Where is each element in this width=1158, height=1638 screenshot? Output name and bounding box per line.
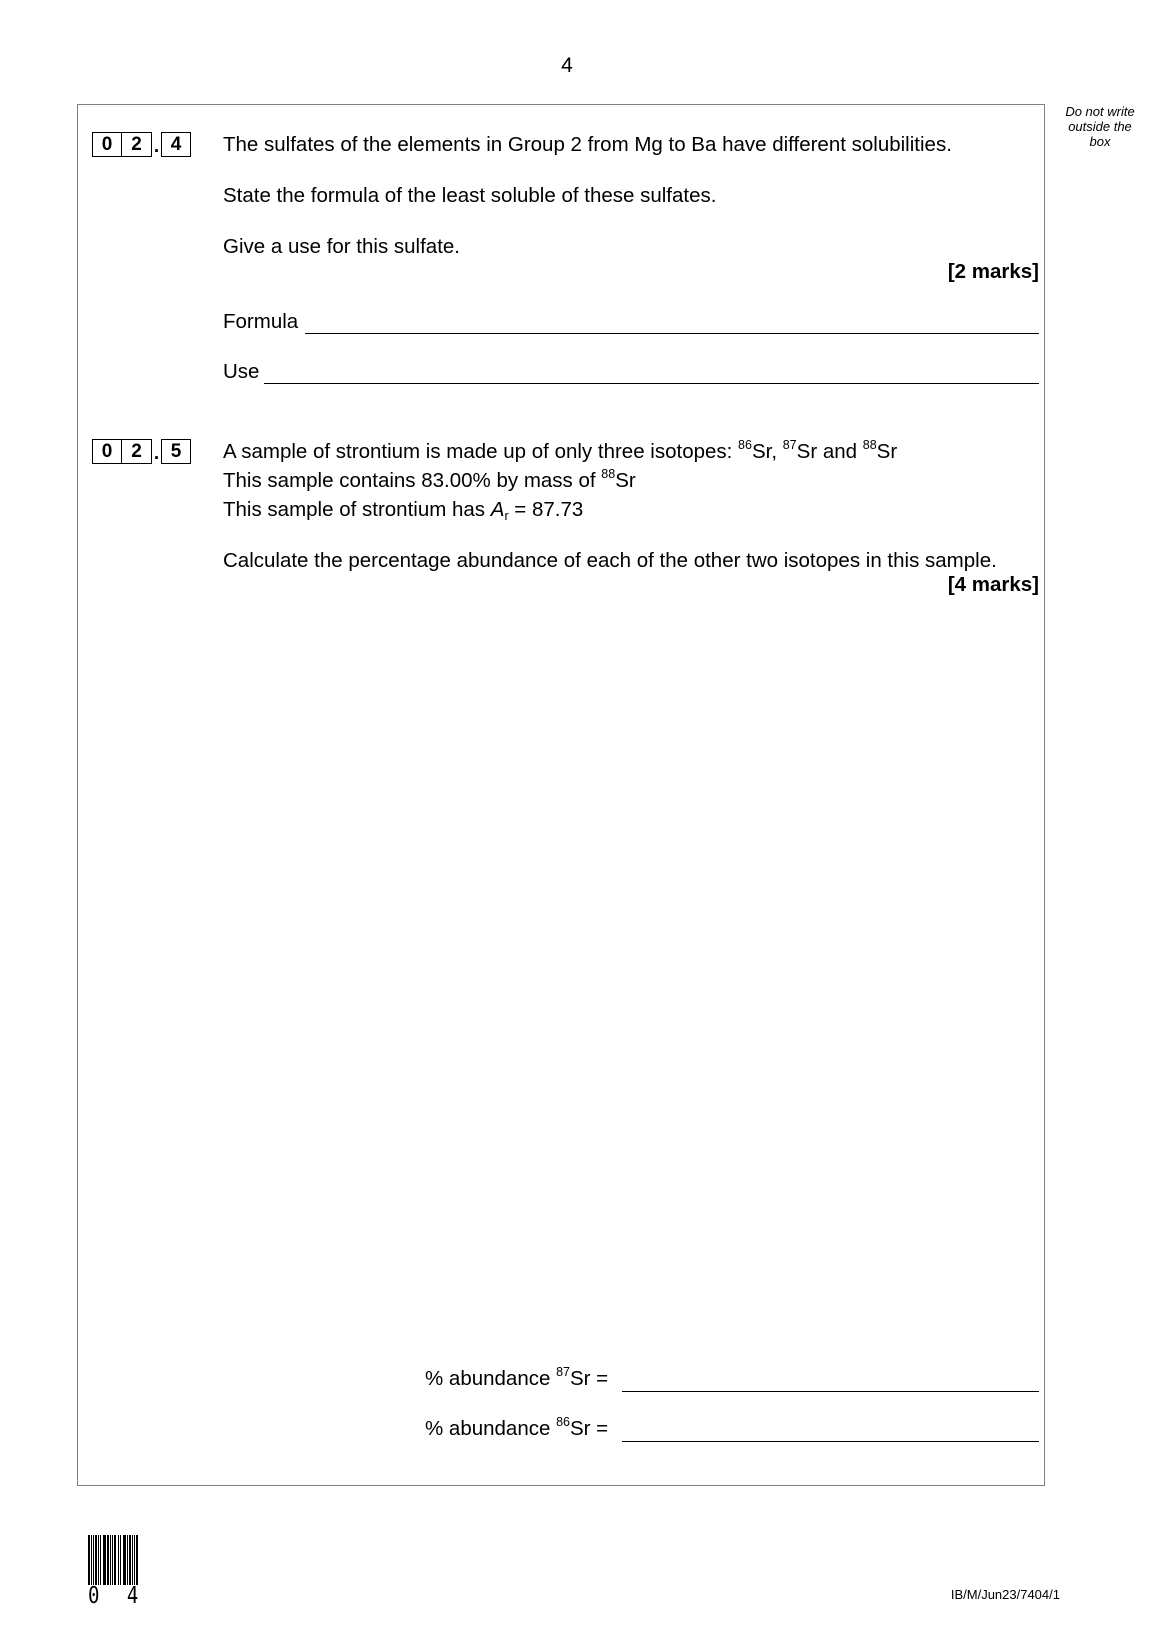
question-digit: 0 — [92, 132, 122, 157]
label-text: % abundance — [425, 1417, 556, 1440]
ar-value: = 87.73 — [509, 498, 584, 521]
element-symbol: Sr — [615, 469, 636, 492]
q024-formula-prompt: State the formula of the least soluble o… — [223, 184, 716, 208]
question-dot: . — [152, 137, 161, 157]
question-dot: . — [152, 444, 161, 464]
question-number-02-4: 0 2 . 4 — [92, 130, 191, 157]
question-digit: 0 — [92, 439, 122, 464]
question-digit: 5 — [161, 439, 191, 464]
q024-use-prompt: Give a use for this sulfate. — [223, 235, 460, 259]
label-text: Sr = — [570, 1417, 608, 1440]
mass-number: 87 — [556, 1365, 570, 1379]
mass-number: 86 — [738, 438, 752, 452]
relative-atomic-mass-symbol: A — [491, 498, 505, 521]
q025-instruction: Calculate the percentage abundance of ea… — [223, 549, 997, 573]
mass-number: 88 — [863, 438, 877, 452]
label-text: % abundance — [425, 1367, 556, 1390]
q024-marks: [2 marks] — [948, 260, 1039, 284]
q025-stem-line-3: This sample of strontium has Ar = 87.73 — [223, 498, 583, 522]
mass-number: 87 — [783, 438, 797, 452]
page-number: 4 — [0, 54, 1134, 78]
use-answer-line[interactable] — [264, 383, 1039, 384]
margin-note: Do not write outside the box — [1062, 104, 1138, 149]
subscript: r — [504, 509, 508, 523]
formula-answer-line[interactable] — [305, 333, 1039, 334]
paper-reference-code: IB/M/Jun23/7404/1 — [951, 1587, 1060, 1602]
formula-label: Formula — [223, 310, 298, 334]
working-space[interactable] — [223, 600, 1039, 1360]
barcode-number: 0 4 — [88, 1583, 198, 1609]
abundance-87-answer-line[interactable] — [622, 1391, 1039, 1392]
element-symbol: Sr — [752, 440, 771, 463]
page-barcode — [88, 1535, 138, 1585]
abundance-87-label: % abundance 87Sr = — [425, 1367, 608, 1391]
question-digit: 2 — [122, 132, 152, 157]
use-label: Use — [223, 360, 259, 384]
q024-stem: The sulfates of the elements in Group 2 … — [223, 133, 952, 157]
label-text: Sr = — [570, 1367, 608, 1390]
question-digit: 2 — [122, 439, 152, 464]
q025-stem-line-2: This sample contains 83.00% by mass of 8… — [223, 469, 636, 493]
q025-stem-line-1: A sample of strontium is made up of only… — [223, 440, 897, 464]
question-number-02-5: 0 2 . 5 — [92, 437, 191, 464]
abundance-86-label: % abundance 86Sr = — [425, 1417, 608, 1441]
element-symbol: Sr — [797, 440, 818, 463]
abundance-86-answer-line[interactable] — [622, 1441, 1039, 1442]
q025-marks: [4 marks] — [948, 573, 1039, 597]
question-digit: 4 — [161, 132, 191, 157]
mass-number: 86 — [556, 1415, 570, 1429]
stem-text: This sample of strontium has — [223, 498, 491, 521]
mass-number: 88 — [601, 467, 615, 481]
stem-text: This sample contains 83.00% by mass of — [223, 469, 601, 492]
element-symbol: Sr — [877, 440, 898, 463]
stem-text: A sample of strontium is made up of only… — [223, 440, 738, 463]
